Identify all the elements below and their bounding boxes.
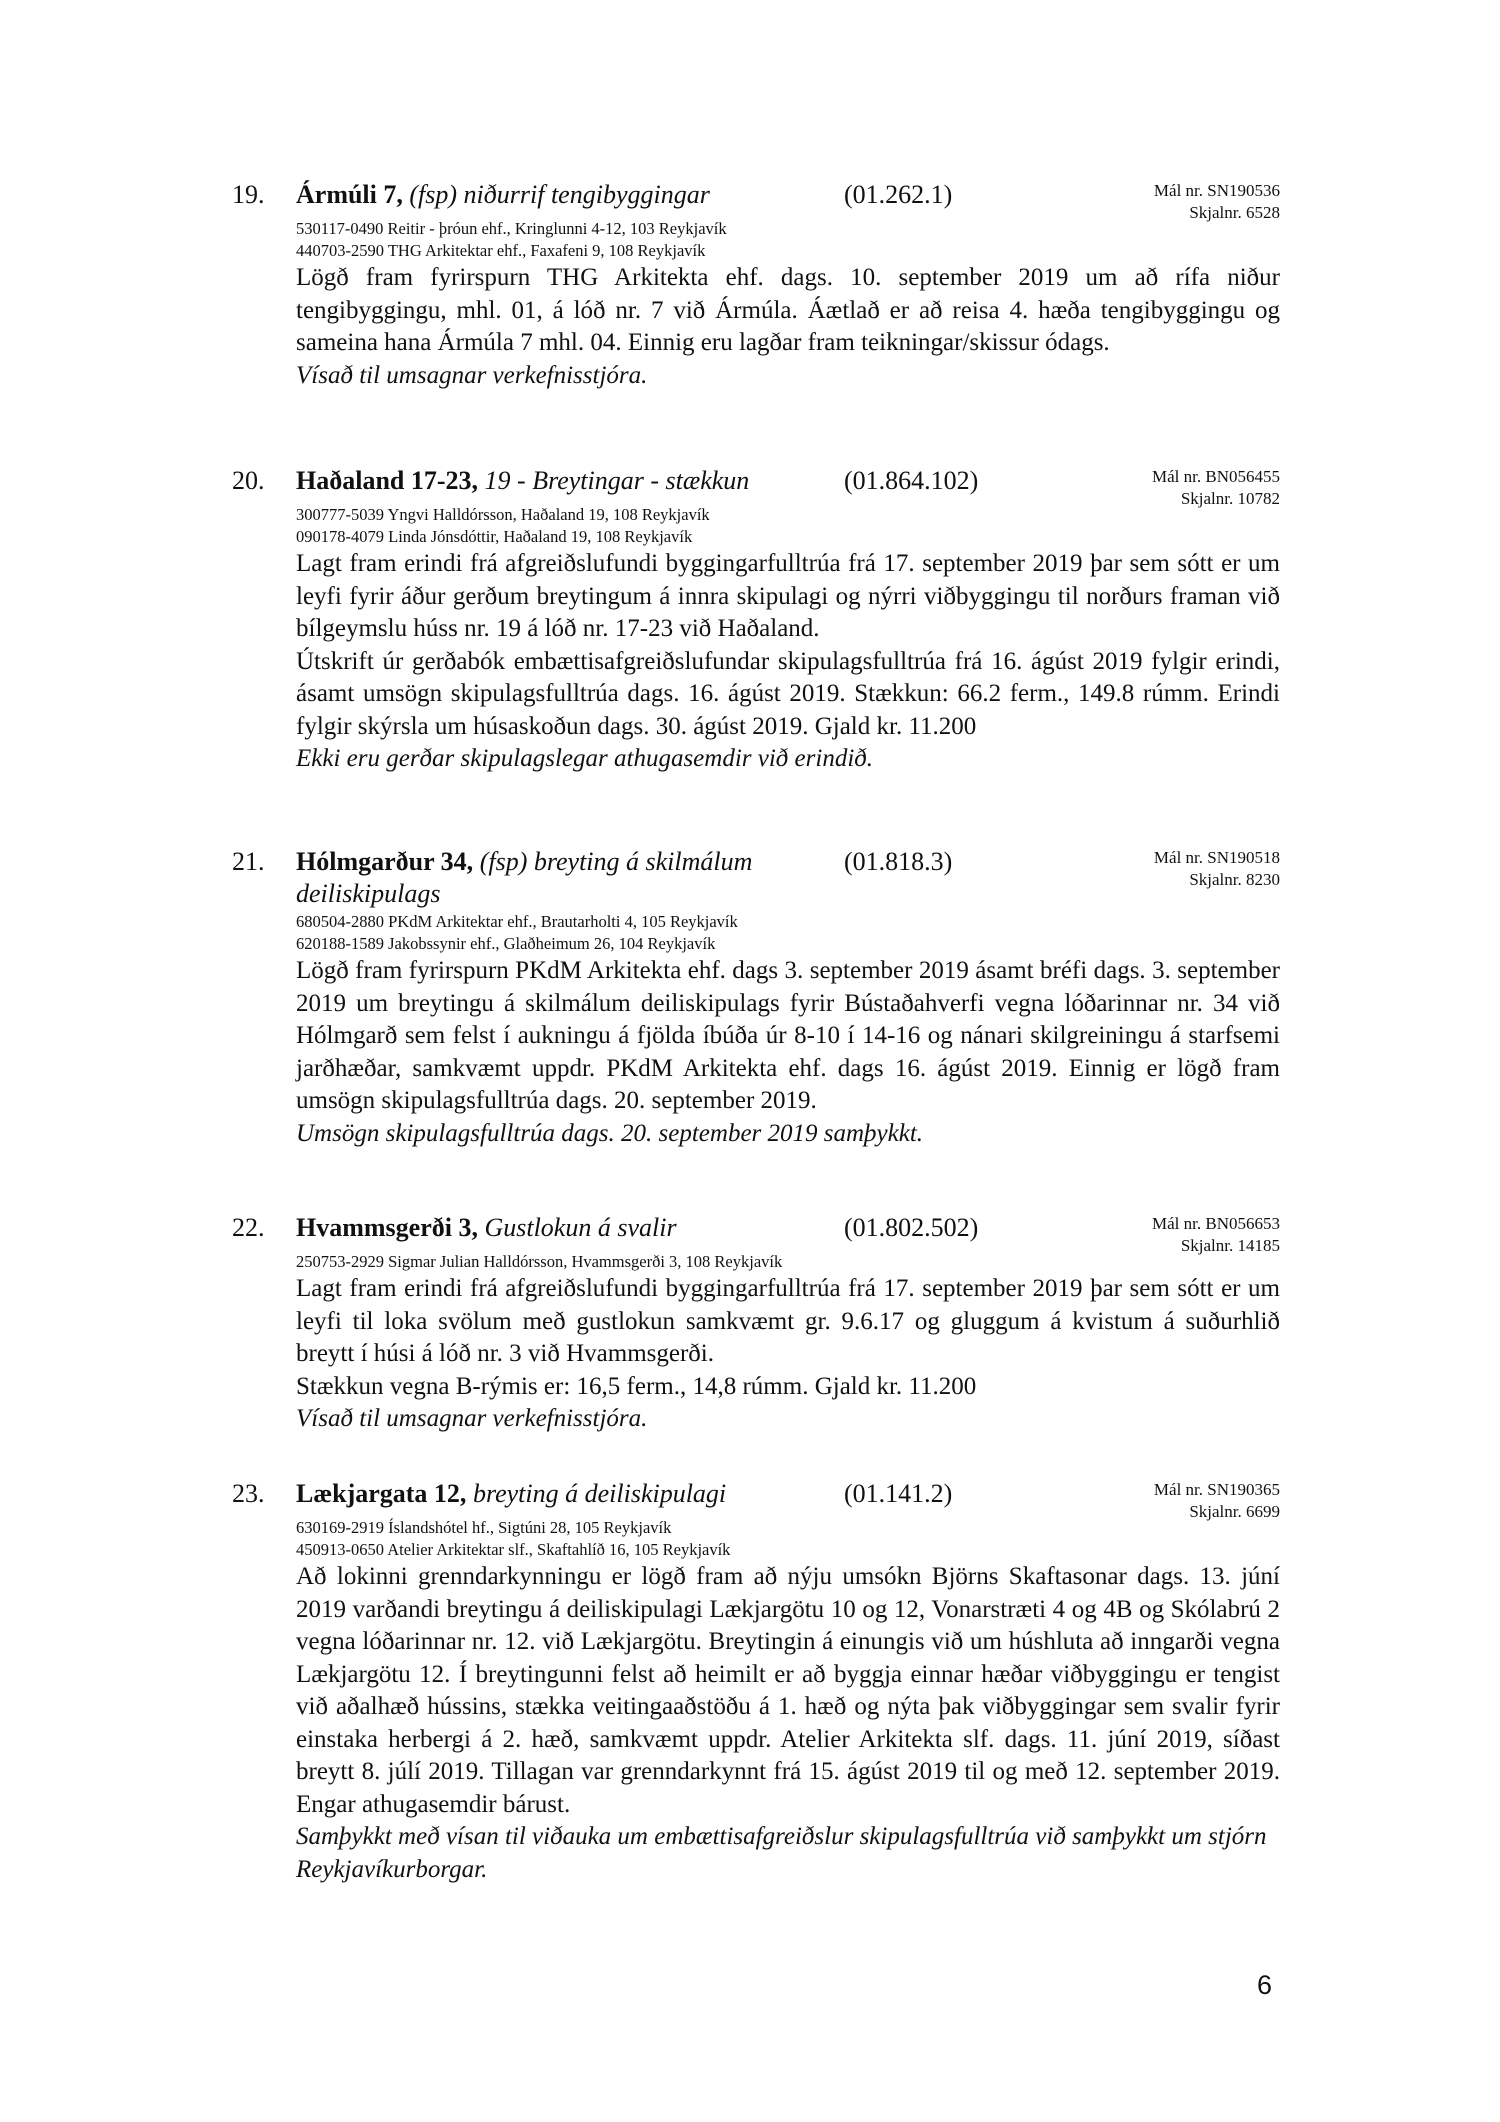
item-number: 19. bbox=[232, 178, 265, 212]
item-body: Lagt fram erindi frá afgreiðslufundi byg… bbox=[296, 1273, 1280, 1403]
body-paragraph: Að lokinni grenndarkynningu er lögð fram… bbox=[296, 1561, 1280, 1821]
party: 620188-1589 Jakobssynir ehf., Glaðheimum… bbox=[296, 933, 1280, 955]
item-subject: (fsp) niðurrif tengibyggingar bbox=[409, 180, 709, 209]
case-number: Mál nr. SN190518 bbox=[1154, 847, 1280, 869]
agenda-item-22: 22. Hvammsgerði 3, Gustlokun á svalir (0… bbox=[232, 1211, 1280, 1436]
document-number: Skjalnr. 10782 bbox=[1152, 488, 1280, 510]
party: 450913-0650 Atelier Arkitektar slf., Ska… bbox=[296, 1539, 1280, 1561]
case-number: Mál nr. BN056653 bbox=[1152, 1213, 1280, 1235]
item-title: Hvammsgerði 3, Gustlokun á svalir bbox=[296, 1211, 677, 1245]
case-number: Mál nr. SN190365 bbox=[1154, 1479, 1280, 1501]
item-subject: 19 - Breytingar - stækkun bbox=[485, 466, 750, 495]
item-subject: Gustlokun á svalir bbox=[484, 1213, 676, 1242]
parties: 630169-2919 Íslandshótel hf., Sigtúni 28… bbox=[296, 1517, 1280, 1561]
item-body: Lögð fram fyrirspurn THG Arkitekta ehf. … bbox=[296, 262, 1280, 360]
item-subject-continued: deiliskipulags bbox=[296, 879, 1280, 909]
party: 440703-2590 THG Arkitektar ehf., Faxafen… bbox=[296, 240, 1280, 262]
item-conclusion: Vísað til umsagnar verkefnisstjóra. bbox=[296, 1403, 1280, 1436]
party: 530117-0490 Reitir - þróun ehf., Kringlu… bbox=[296, 218, 1280, 240]
item-body: Að lokinni grenndarkynningu er lögð fram… bbox=[296, 1561, 1280, 1821]
item-address: Haðaland 17-23, bbox=[296, 466, 478, 495]
party: 090178-4079 Linda Jónsdóttir, Haðaland 1… bbox=[296, 526, 1280, 548]
item-number: 21. bbox=[232, 845, 265, 879]
agenda-item-23: 23. Lækjargata 12, breyting á deiliskipu… bbox=[232, 1477, 1280, 1886]
item-heading: 19. Ármúli 7, (fsp) niðurrif tengibyggin… bbox=[232, 178, 1280, 212]
item-conclusion: Vísað til umsagnar verkefnisstjóra. bbox=[296, 360, 1280, 393]
item-title: Haðaland 17-23, 19 - Breytingar - stækku… bbox=[296, 464, 749, 498]
item-title: Lækjargata 12, breyting á deiliskipulagi bbox=[296, 1477, 726, 1511]
location-code: (01.802.502) bbox=[844, 1211, 978, 1245]
body-paragraph: Lögð fram fyrirspurn PKdM Arkitekta ehf.… bbox=[296, 955, 1280, 1118]
item-conclusion: Ekki eru gerðar skipulagslegar athugasem… bbox=[296, 743, 1280, 776]
item-address: Hvammsgerði 3, bbox=[296, 1213, 478, 1242]
body-paragraph: Stækkun vegna B-rýmis er: 16,5 ferm., 14… bbox=[296, 1371, 1280, 1404]
item-number: 22. bbox=[232, 1211, 265, 1245]
location-code: (01.262.1) bbox=[844, 178, 952, 212]
body-paragraph: Lagt fram erindi frá afgreiðslufundi byg… bbox=[296, 1273, 1280, 1371]
party: 300777-5039 Yngvi Halldórsson, Haðaland … bbox=[296, 504, 1280, 526]
party: 250753-2929 Sigmar Julian Halldórsson, H… bbox=[296, 1251, 1280, 1273]
agenda-item-20: 20. Haðaland 17-23, 19 - Breytingar - st… bbox=[232, 464, 1280, 776]
location-code: (01.141.2) bbox=[844, 1477, 952, 1511]
item-heading: 22. Hvammsgerði 3, Gustlokun á svalir (0… bbox=[232, 1211, 1280, 1245]
agenda-item-19: 19. Ármúli 7, (fsp) niðurrif tengibyggin… bbox=[232, 178, 1280, 392]
item-heading: 20. Haðaland 17-23, 19 - Breytingar - st… bbox=[232, 464, 1280, 498]
location-code: (01.864.102) bbox=[844, 464, 978, 498]
item-number: 20. bbox=[232, 464, 265, 498]
item-conclusion: Umsögn skipulagsfulltrúa dags. 20. septe… bbox=[296, 1118, 1280, 1151]
item-body: Lagt fram erindi frá afgreiðslufundi byg… bbox=[296, 548, 1280, 743]
item-address: Ármúli 7, bbox=[296, 180, 403, 209]
item-heading: 23. Lækjargata 12, breyting á deiliskipu… bbox=[232, 1477, 1280, 1511]
body-paragraph: Útskrift úr gerðabók embættisafgreiðsluf… bbox=[296, 646, 1280, 744]
reference-numbers: Mál nr. SN190536 Skjalnr. 6528 bbox=[1154, 180, 1280, 224]
case-number: Mál nr. BN056455 bbox=[1152, 466, 1280, 488]
item-conclusion: Samþykkt með vísan til viðauka um embætt… bbox=[296, 1821, 1280, 1886]
party: 630169-2919 Íslandshótel hf., Sigtúni 28… bbox=[296, 1517, 1280, 1539]
document-number: Skjalnr. 6699 bbox=[1154, 1501, 1280, 1523]
item-subject: breyting á deiliskipulagi bbox=[473, 1479, 726, 1508]
document-number: Skjalnr. 14185 bbox=[1152, 1235, 1280, 1257]
reference-numbers: Mál nr. BN056653 Skjalnr. 14185 bbox=[1152, 1213, 1280, 1257]
body-paragraph: Lögð fram fyrirspurn THG Arkitekta ehf. … bbox=[296, 262, 1280, 360]
agenda-item-21: 21. Hólmgarður 34, (fsp) breyting á skil… bbox=[232, 845, 1280, 1150]
body-paragraph: Lagt fram erindi frá afgreiðslufundi byg… bbox=[296, 548, 1280, 646]
parties: 300777-5039 Yngvi Halldórsson, Haðaland … bbox=[296, 504, 1280, 548]
location-code: (01.818.3) bbox=[844, 845, 952, 879]
party: 680504-2880 PKdM Arkitektar ehf., Brauta… bbox=[296, 911, 1280, 933]
parties: 680504-2880 PKdM Arkitektar ehf., Brauta… bbox=[296, 911, 1280, 955]
page-number: 6 bbox=[1257, 1970, 1272, 2001]
item-number: 23. bbox=[232, 1477, 265, 1511]
document-number: Skjalnr. 8230 bbox=[1154, 869, 1280, 891]
case-number: Mál nr. SN190536 bbox=[1154, 180, 1280, 202]
parties: 530117-0490 Reitir - þróun ehf., Kringlu… bbox=[296, 218, 1280, 262]
item-heading: 21. Hólmgarður 34, (fsp) breyting á skil… bbox=[232, 845, 1280, 879]
reference-numbers: Mál nr. BN056455 Skjalnr. 10782 bbox=[1152, 466, 1280, 510]
item-title: Hólmgarður 34, (fsp) breyting á skilmálu… bbox=[296, 845, 752, 879]
item-body: Lögð fram fyrirspurn PKdM Arkitekta ehf.… bbox=[296, 955, 1280, 1118]
reference-numbers: Mál nr. SN190365 Skjalnr. 6699 bbox=[1154, 1479, 1280, 1523]
item-subject: (fsp) breyting á skilmálum bbox=[480, 847, 753, 876]
item-address: Hólmgarður 34, bbox=[296, 847, 473, 876]
reference-numbers: Mál nr. SN190518 Skjalnr. 8230 bbox=[1154, 847, 1280, 891]
document-number: Skjalnr. 6528 bbox=[1154, 202, 1280, 224]
item-address: Lækjargata 12, bbox=[296, 1479, 466, 1508]
parties: 250753-2929 Sigmar Julian Halldórsson, H… bbox=[296, 1251, 1280, 1273]
item-title: Ármúli 7, (fsp) niðurrif tengibyggingar bbox=[296, 178, 710, 212]
